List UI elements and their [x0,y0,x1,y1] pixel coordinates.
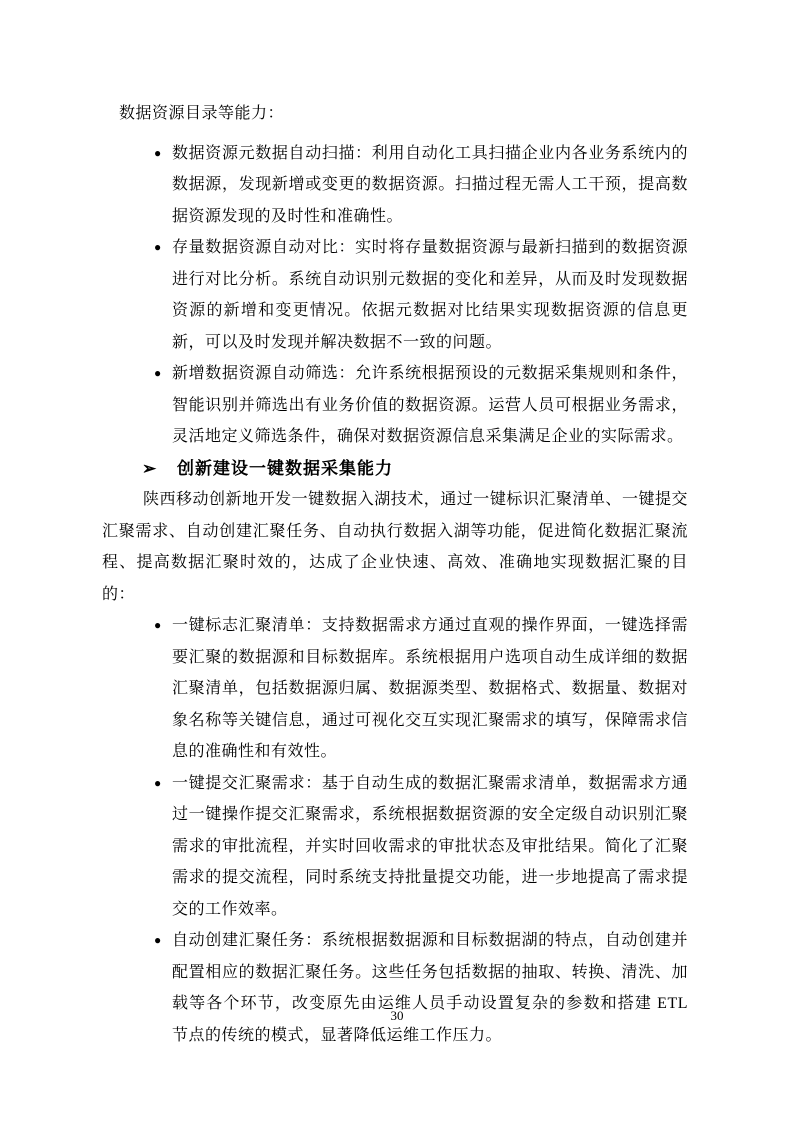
bullet-icon: ● [154,610,161,642]
bullet-list-one-key-collection: ● 一键标志汇聚清单：支持数据需求方通过直观的操作界面，一键选择需要汇聚的数据源… [102,610,688,1051]
section-heading: ➢创新建设一键数据采集能力 [102,453,688,485]
bullet-text: 一键标志汇聚清单：支持数据需求方通过直观的操作界面，一键选择需要汇聚的数据源和目… [172,617,688,760]
arrow-right-icon: ➢ [142,453,177,485]
list-item: ● 存量数据资源自动对比：实时将存量数据资源与最新扫描到的数据资源进行对比分析。… [102,232,688,358]
bullet-icon: ● [154,138,161,170]
bullet-text: 自动创建汇聚任务：系统根据数据源和目标数据湖的特点，自动创建并配置相应的数据汇聚… [172,932,688,1044]
bullet-text: 新增数据资源自动筛选：允许系统根据预设的元数据采集规则和条件，智能识别并筛选出有… [172,365,688,445]
section-heading-label: 创新建设一键数据采集能力 [177,459,393,478]
list-item: ● 数据资源元数据自动扫描：利用自动化工具扫描企业内各业务系统内的数据源，发现新… [102,138,688,233]
list-item: ● 一键提交汇聚需求：基于自动生成的数据汇聚需求清单，数据需求方通过一键操作提交… [102,768,688,926]
intro-line: 数据资源目录等能力： [102,98,688,130]
bullet-icon: ● [154,925,161,957]
bullet-text: 存量数据资源自动对比：实时将存量数据资源与最新扫描到的数据资源进行对比分析。系统… [172,239,688,351]
list-item: ● 自动创建汇聚任务：系统根据数据源和目标数据湖的特点，自动创建并配置相应的数据… [102,925,688,1051]
bullet-icon: ● [154,768,161,800]
document-page: 数据资源目录等能力： ● 数据资源元数据自动扫描：利用自动化工具扫描企业内各业务… [0,0,794,1123]
bullet-list-data-catalog: ● 数据资源元数据自动扫描：利用自动化工具扫描企业内各业务系统内的数据源，发现新… [102,138,688,453]
body-paragraph: 陕西移动创新地开发一键数据入湖技术，通过一键标识汇聚清单、一键提交汇聚需求、自动… [102,484,688,610]
bullet-icon: ● [154,358,161,390]
document-body: 数据资源目录等能力： ● 数据资源元数据自动扫描：利用自动化工具扫描企业内各业务… [102,98,688,1051]
bullet-text: 数据资源元数据自动扫描：利用自动化工具扫描企业内各业务系统内的数据源，发现新增或… [172,145,688,225]
bullet-icon: ● [154,232,161,264]
list-item: ● 新增数据资源自动筛选：允许系统根据预设的元数据采集规则和条件，智能识别并筛选… [102,358,688,453]
list-item: ● 一键标志汇聚清单：支持数据需求方通过直观的操作界面，一键选择需要汇聚的数据源… [102,610,688,768]
page-number: 30 [0,1008,794,1024]
bullet-text: 一键提交汇聚需求：基于自动生成的数据汇聚需求清单，数据需求方通过一键操作提交汇聚… [172,775,688,918]
